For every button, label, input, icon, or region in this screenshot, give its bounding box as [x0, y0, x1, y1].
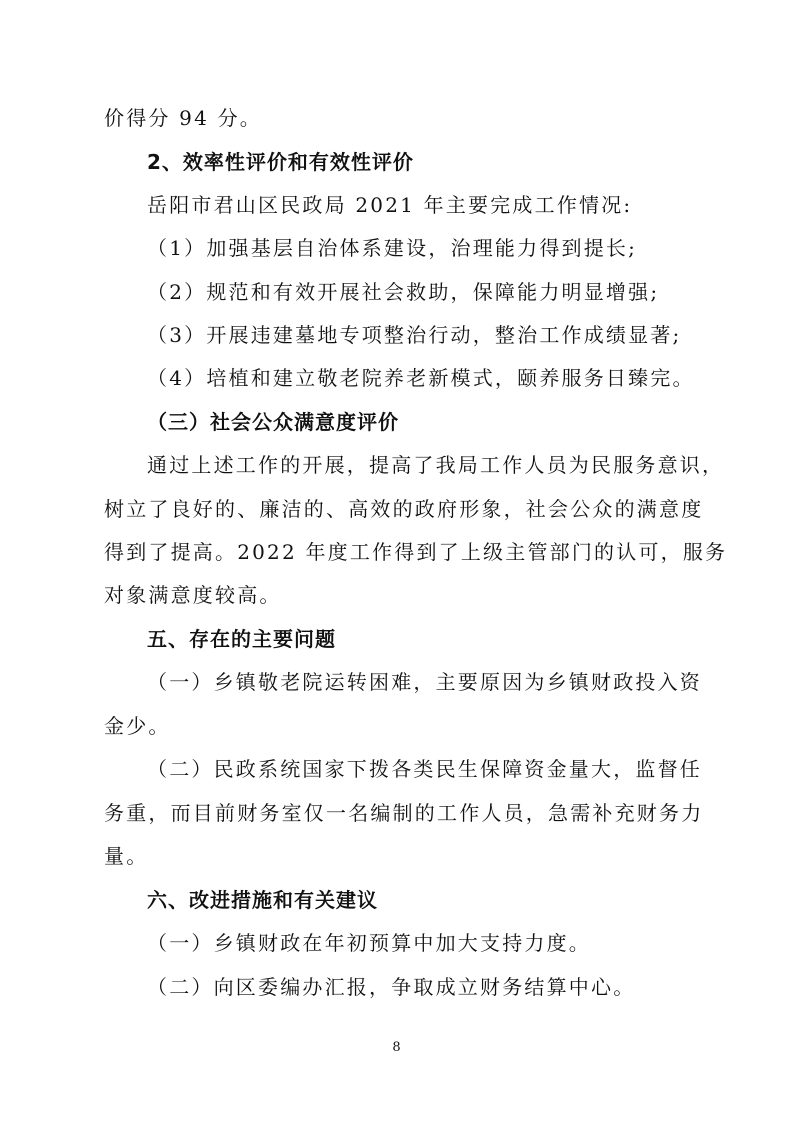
- paragraph-line: 量。: [104, 844, 148, 868]
- paragraph-line: （一）乡镇财政在年初预算中加大支持力度。: [147, 931, 591, 955]
- section-heading: 六、改进措施和有关建议: [147, 888, 378, 912]
- section-heading: 2、效率性评价和有效性评价: [147, 150, 414, 174]
- paragraph-line: （一）乡镇敬老院运转困难，主要原因为乡镇财政投入资: [147, 670, 702, 694]
- paragraph-line: （二）向区委编办汇报，争取成立财务结算中心。: [147, 975, 635, 999]
- paragraph-line: （2）规范和有效开展社会救助，保障能力明显增强;: [147, 280, 659, 304]
- paragraph-line: 树立了良好的、廉洁的、高效的政府形象，社会公众的满意度: [104, 497, 703, 521]
- section-heading: 五、存在的主要问题: [147, 627, 336, 651]
- page-number: 8: [0, 1040, 793, 1055]
- paragraph-line: 金少。: [104, 714, 171, 738]
- section-heading: （三）社会公众满意度评价: [147, 410, 399, 434]
- paragraph-line: 价得分 94 分。: [104, 106, 262, 130]
- paragraph-line: 岳阳市君山区民政局 2021 年主要完成工作情况:: [147, 193, 632, 217]
- paragraph-line: 得到了提高。2022 年度工作得到了上级主管部门的认可，服务: [104, 540, 727, 564]
- paragraph-line: （3）开展违建墓地专项整治行动，整治工作成绩显著;: [147, 323, 681, 347]
- paragraph-line: 对象满意度较高。: [104, 583, 282, 607]
- paragraph-line: （1）加强基层自治体系建设，治理能力得到提长;: [147, 236, 637, 260]
- paragraph-line: 务重，而目前财务室仅一名编制的工作人员，急需补充财务力: [104, 801, 703, 825]
- paragraph-line: （二）民政系统国家下拨各类民生保障资金量大，监督任: [147, 757, 702, 781]
- paragraph-line: （4）培植和建立敬老院养老新模式，颐养服务日臻完。: [147, 366, 695, 390]
- paragraph-line: 通过上述工作的开展，提高了我局工作人员为民服务意识，: [147, 453, 724, 477]
